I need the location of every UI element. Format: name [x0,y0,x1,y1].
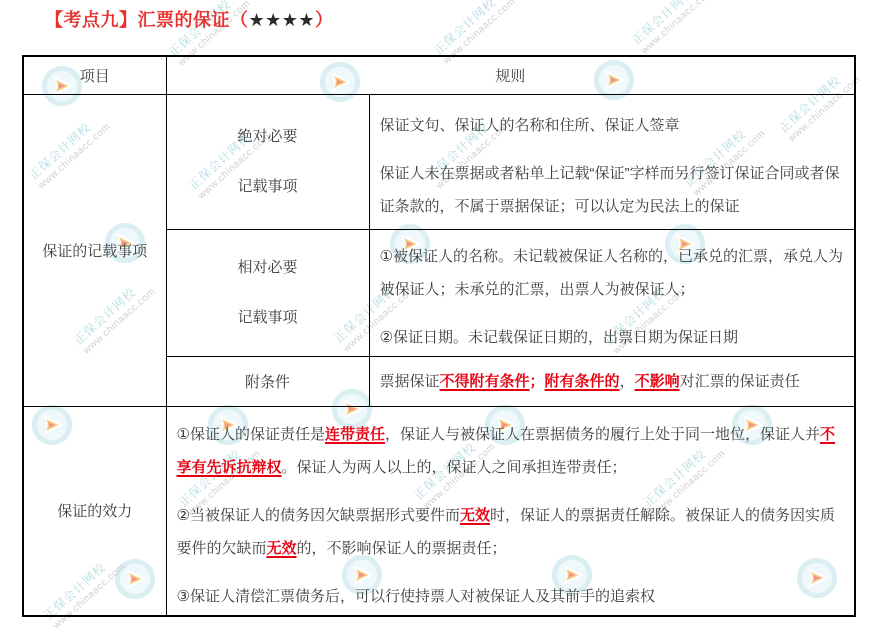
title-prefix: 【考点九】汇票的保证（ [45,10,249,30]
record-section-label-cell: 保证的记载事项 [23,94,166,406]
watermark-text: 正保会计网校 www.chinaacc.com [629,0,717,58]
effect-rule-cell: ①保证人的保证责任是连带责任，保证人与被保证人在票据债务的履行上处于同一地位，保… [166,406,855,616]
header-rule-cell: 规则 [166,56,855,94]
watermark-brand-text: 正保会计网校 [629,0,708,48]
paragraph: ①保证人的保证责任是连带责任，保证人与被保证人在票据债务的履行上处于同一地位，保… [177,418,849,484]
page-title: 【考点九】汇票的保证（★★★★） [45,6,334,32]
absolute-label-cell: 绝对必要 记载事项 [166,94,369,229]
paragraph: ③保证人清偿汇票债务后，可以行使持票人对被保证人及其前手的追索权 [177,580,849,613]
paragraph: 票据保证不得附有条件；附有条件的，不影响对汇票的保证责任 [380,365,849,398]
paragraph: 保证人未在票据或者粘单上记载“保证”字样而另行签订保证合同或者保证条款的，不属于… [380,157,849,223]
relative-label-cell: 相对必要 记载事项 [166,229,369,356]
relative-label-line1: 相对必要 [167,243,369,293]
absolute-label-line1: 绝对必要 [167,112,369,162]
relative-rule-cell: ①被保证人的名称。未记载被保证人名称的，已承兑的汇票，承兑人为被保证人；未承兑的… [369,229,855,356]
absolute-rule-cell: 保证文句、保证人的名称和住所、保证人签章 保证人未在票据或者粘单上记载“保证”字… [369,94,855,229]
watermark-site-text: www.chinaacc.com [639,0,718,58]
absolute-label-line2: 记载事项 [167,162,369,212]
title-suffix: ） [315,10,334,30]
watermark-brand-text: 正保会计网校 [431,0,510,58]
condition-label-cell: 附条件 [166,356,369,406]
paragraph: ②保证日期。未记载保证日期的，出票日期为保证日期 [380,321,849,354]
paragraph: ①被保证人的名称。未记载被保证人名称的，已承兑的汇票，承兑人为被保证人；未承兑的… [380,240,849,306]
paragraph: 保证文句、保证人的名称和住所、保证人签章 [380,109,849,142]
condition-rule-cell: 票据保证不得附有条件；附有条件的，不影响对汇票的保证责任 [369,356,855,406]
paragraph: ②当被保证人的债务因欠缺票据形式要件而无效时，保证人的票据责任解除。被保证人的债… [177,499,849,565]
header-item-cell: 项目 [23,56,166,94]
relative-label-line2: 记载事项 [167,293,369,343]
effect-label-cell: 保证的效力 [23,406,166,616]
guarantee-table: 项目 规则 保证的记载事项 绝对必要 记载事项 保证文句、保证人的名称和住所、保… [22,55,856,617]
title-stars: ★★★★ [249,10,316,30]
